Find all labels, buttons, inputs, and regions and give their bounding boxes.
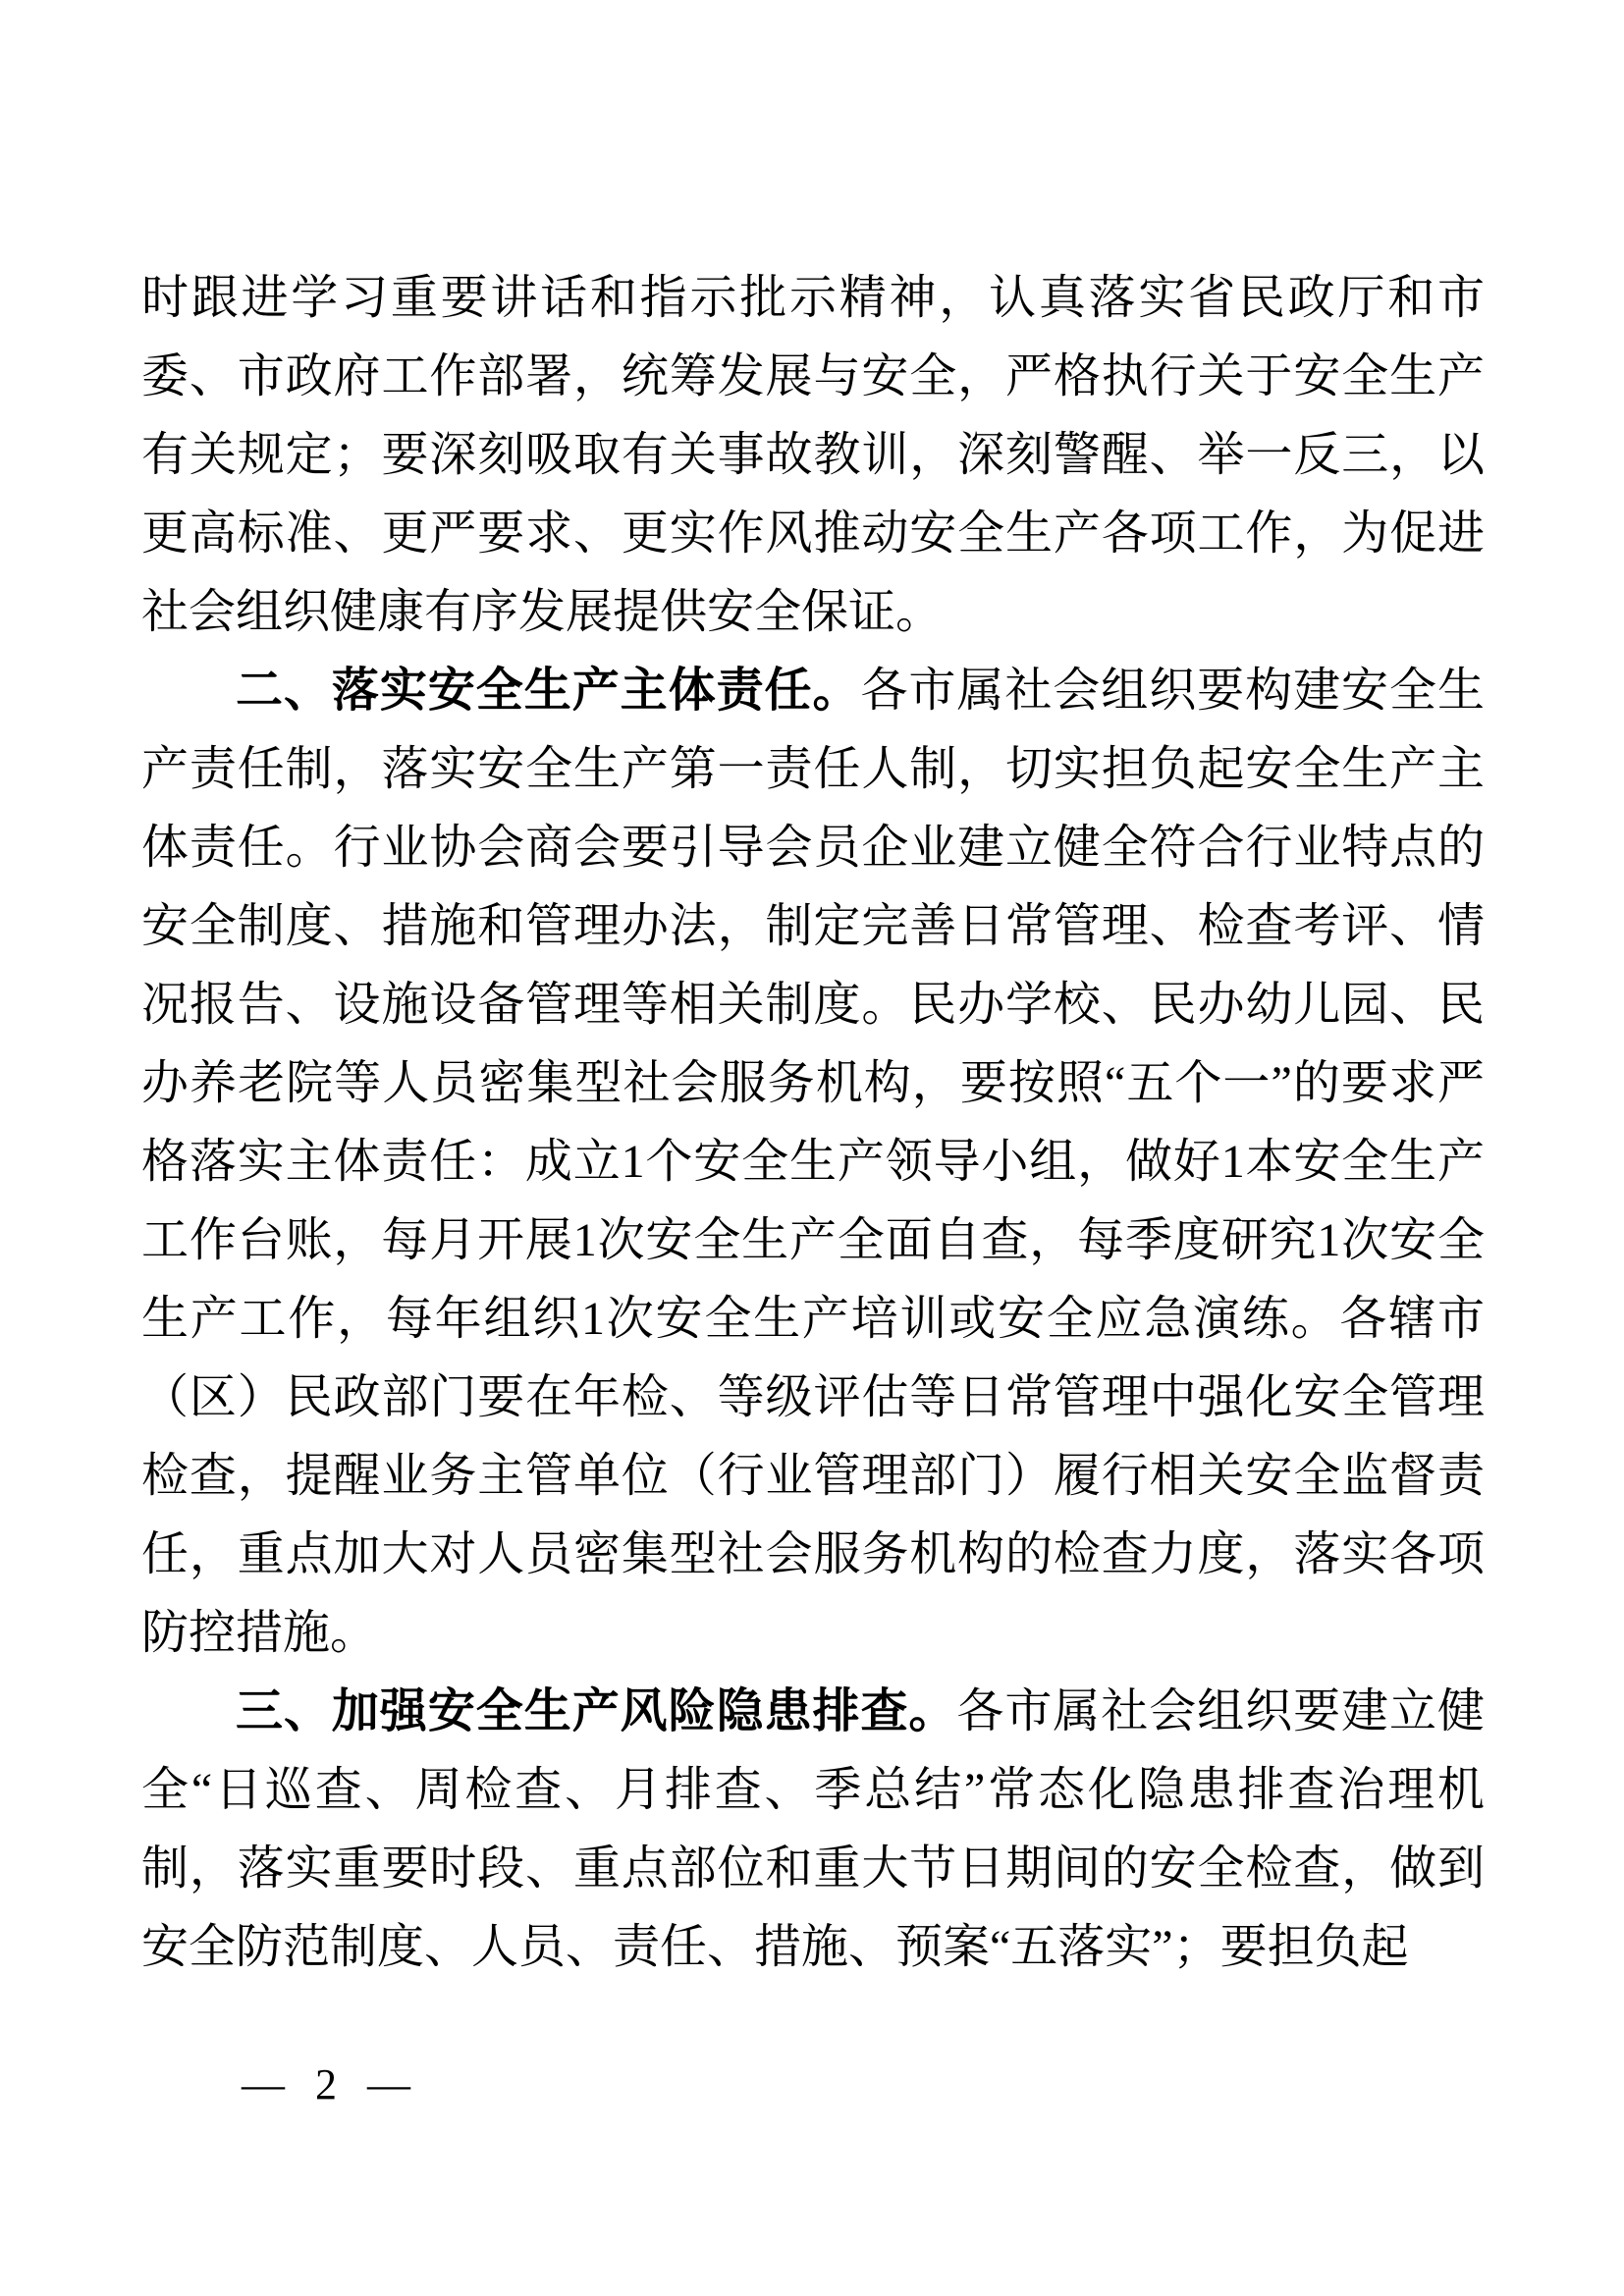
paragraph-section-2: 二、落实安全生产主体责任。各市属社会组织要构建安全生产责任制，落实安全生产第一责… (141, 652, 1485, 1673)
paragraph-section-3: 三、加强安全生产风险隐患排查。各市属社会组织要建立健全“日巡查、周检查、月排查、… (141, 1673, 1485, 1987)
section-heading-3: 三、加强安全生产风险隐患排查。 (236, 1685, 956, 1737)
document-text-block: 时跟进学习重要讲话和指示批示精神，认真落实省民政厅和市委、市政府工作部署，统筹发… (141, 259, 1485, 1987)
paragraph-text: 时跟进学习重要讲话和指示批示精神，认真落实省民政厅和市委、市政府工作部署，统筹发… (141, 272, 1485, 638)
section-heading-2: 二、落实安全生产主体责任。 (236, 665, 860, 717)
paragraph-continuation: 时跟进学习重要讲话和指示批示精神，认真落实省民政厅和市委、市政府工作部署，统筹发… (141, 259, 1485, 652)
document-page: 时跟进学习重要讲话和指示批示精神，认真落实省民政厅和市委、市政府工作部署，统筹发… (0, 0, 1624, 2296)
page-number: — 2 — (242, 2057, 420, 2112)
paragraph-text: 各市属社会组织要构建安全生产责任制，落实安全生产第一责任人制，切实担负起安全生产… (141, 665, 1485, 1659)
